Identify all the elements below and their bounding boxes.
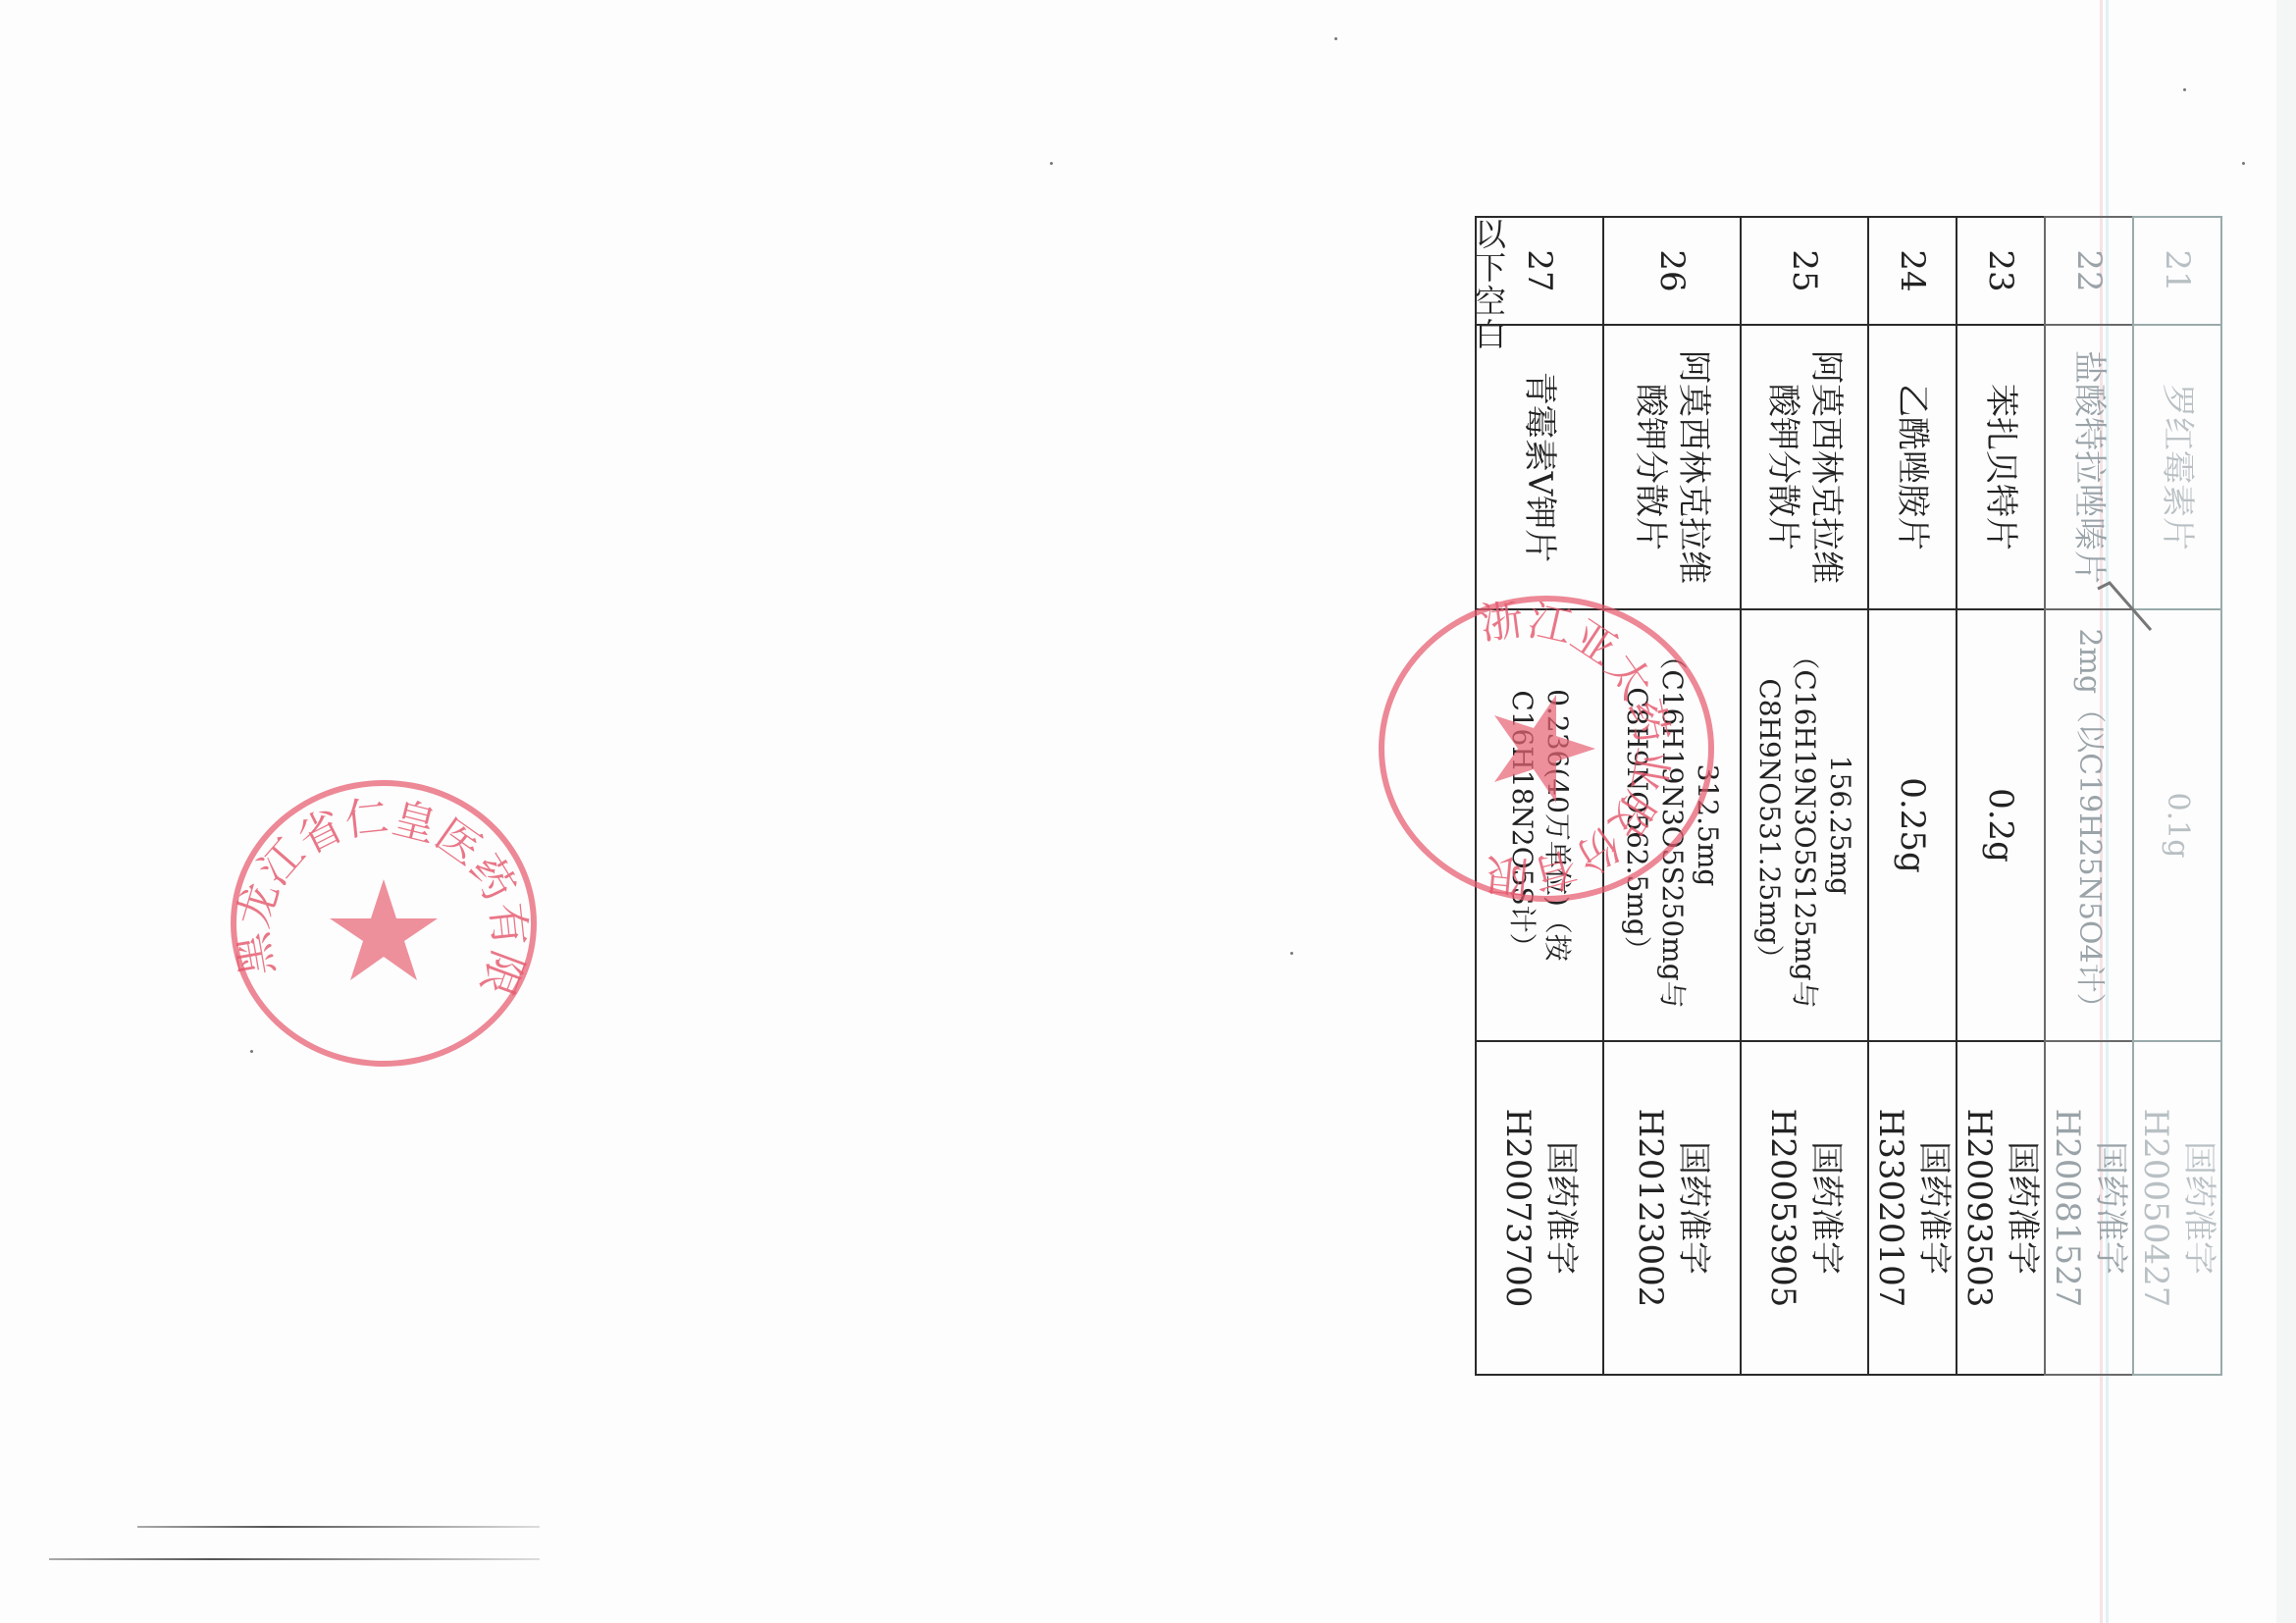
drug-name-cell: 乙酰唑胺片 [1868,325,1957,609]
serial-number-cell: 25 [1741,217,1868,325]
specification-cell: 0.1g [2133,609,2221,1041]
scan-speck [1050,162,1053,165]
scan-line [49,1558,540,1560]
approval-number-cell: 国药准字H20093503 [1957,1041,2045,1375]
table-row: 25阿莫西林克拉维酸钾分散片156.25mg（C16H19N3O5S125mg与… [1741,217,1868,1375]
page-edge [2276,0,2296,1623]
scan-speck [2242,162,2245,165]
specification-cell: 0.25g [1868,609,1957,1041]
approval-number-cell: 国药准字H20050427 [2133,1041,2221,1375]
drug-name-cell: 青霉素V钾片 [1476,325,1603,609]
scan-speck [1290,952,1293,955]
drug-name-cell: 罗红霉素片 [2133,325,2221,609]
specification-cell: 0.2g [1957,609,2045,1041]
specification-cell: 2mg（以C19H25N5O4计） [2045,609,2133,1041]
scan-speck [2183,88,2186,91]
table-row: 24乙酰唑胺片0.25g国药准字H33020107 [1868,217,1957,1375]
scan-line [137,1526,540,1528]
scan-speck [250,1050,253,1053]
serial-number-cell: 21 [2133,217,2221,325]
approval-number-cell: 国药准字H20073700 [1476,1041,1603,1375]
checkmark-icon [2090,579,2159,638]
drug-name-cell: 苯扎贝特片 [1957,325,2045,609]
table-row: 21罗红霉素片0.1g国药准字H20050427 [2133,217,2221,1375]
approval-number-cell: 国药准字H33020107 [1868,1041,1957,1375]
scan-speck [1334,37,1337,40]
serial-number-cell: 24 [1868,217,1957,325]
serial-number-cell: 23 [1957,217,2045,325]
approval-number-cell: 国药准字H20053905 [1741,1041,1868,1375]
drug-name-cell: 盐酸特拉唑嗪片 [2045,325,2133,609]
drug-name-cell: 阿莫西林克拉维酸钾分散片 [1741,325,1868,609]
specification-cell: 156.25mg（C16H19N3O5S125mg与C8H9NO531.25mg… [1741,609,1868,1041]
approval-number-cell: 国药准字H20081527 [2045,1041,2133,1375]
serial-number-cell: 26 [1603,217,1741,325]
table-row: 23苯扎贝特片0.2g国药准字H20093503 [1957,217,2045,1375]
company-seal-left: 黑龙江省仁皇医药有限公司 [231,780,537,1067]
star-icon [1494,695,1595,803]
table-row: 22盐酸特拉唑嗪片2mg（以C19H25N5O4计）国药准字H20081527 [2045,217,2133,1375]
serial-number-cell: 22 [2045,217,2133,325]
serial-number-cell: 27 [1476,217,1603,325]
star-icon [330,879,438,980]
drug-name-cell: 阿莫西林克拉维酸钾分散片 [1603,325,1741,609]
approval-number-cell: 国药准字H20123002 [1603,1041,1741,1375]
company-seal-right: 浙江亚太药业股份有限公司 [1379,596,1714,902]
